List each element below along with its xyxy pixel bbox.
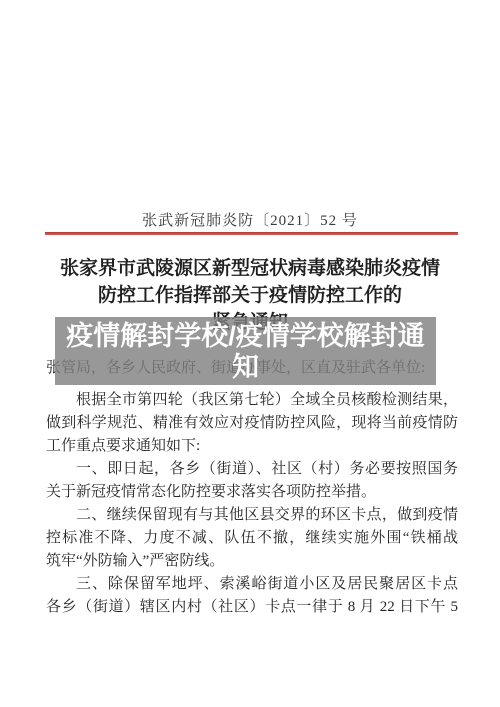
body-line: 做到科学规范、精准有效应对疫情防控风险，现将当前疫情防控 (46, 412, 458, 435)
body-line: 各乡（街道）辖区内村（社区）卡点一律于 8 月 22 日下午 5 点 (46, 596, 458, 619)
watermark-overlay: 疫情解封学校/疫情学校解封通知 (55, 317, 436, 385)
red-divider-line (45, 232, 458, 235)
title-line-1: 张家界市武陵源区新型冠状病毒感染肺炎疫情 (0, 255, 500, 282)
document-body: 张管局，各乡人民政府、街道办事处，区直及驻武各单位: 根据全市第四轮（我区第七轮… (46, 357, 458, 619)
body-line: 一、即日起，各乡（街道）、社区（村）务必要按照国务院 (46, 458, 458, 481)
document-number: 张武新冠肺炎防〔2021〕52 号 (0, 211, 500, 231)
official-document-page: 张家界市武陵源区新型冠状病毒感染肺炎疫情防控工作指挥部文件 张武新冠肺炎防〔20… (0, 0, 500, 707)
body-line: 筑牢“外防输入”严密防线。 (46, 550, 458, 573)
title-line-2: 防控工作指挥部关于疫情防控工作的 (0, 282, 500, 309)
body-line: 二、继续保留现有与其他区县交界的环区卡点，做到疫情防 (46, 504, 458, 527)
body-line: 三、除保留军地坪、索溪峪街道小区及居民聚居区卡点外， (46, 573, 458, 596)
watermark-overlay-text: 疫情解封学校/疫情学校解封通知 (55, 321, 436, 383)
body-line: 根据全市第四轮（我区第七轮）全域全员核酸检测结果，为 (46, 389, 458, 412)
body-line: 工作重点要求通知如下: (46, 435, 458, 458)
body-line: 关于新冠疫情常态化防控要求落实各项防控举措。 (46, 481, 458, 504)
red-letterhead: 张家界市武陵源区新型冠状病毒感染肺炎疫情防控工作指挥部文件 (0, 94, 500, 150)
body-line: 控标准不降、力度不减、队伍不撤，继续实施外围“铁桶战术”， (46, 527, 458, 550)
